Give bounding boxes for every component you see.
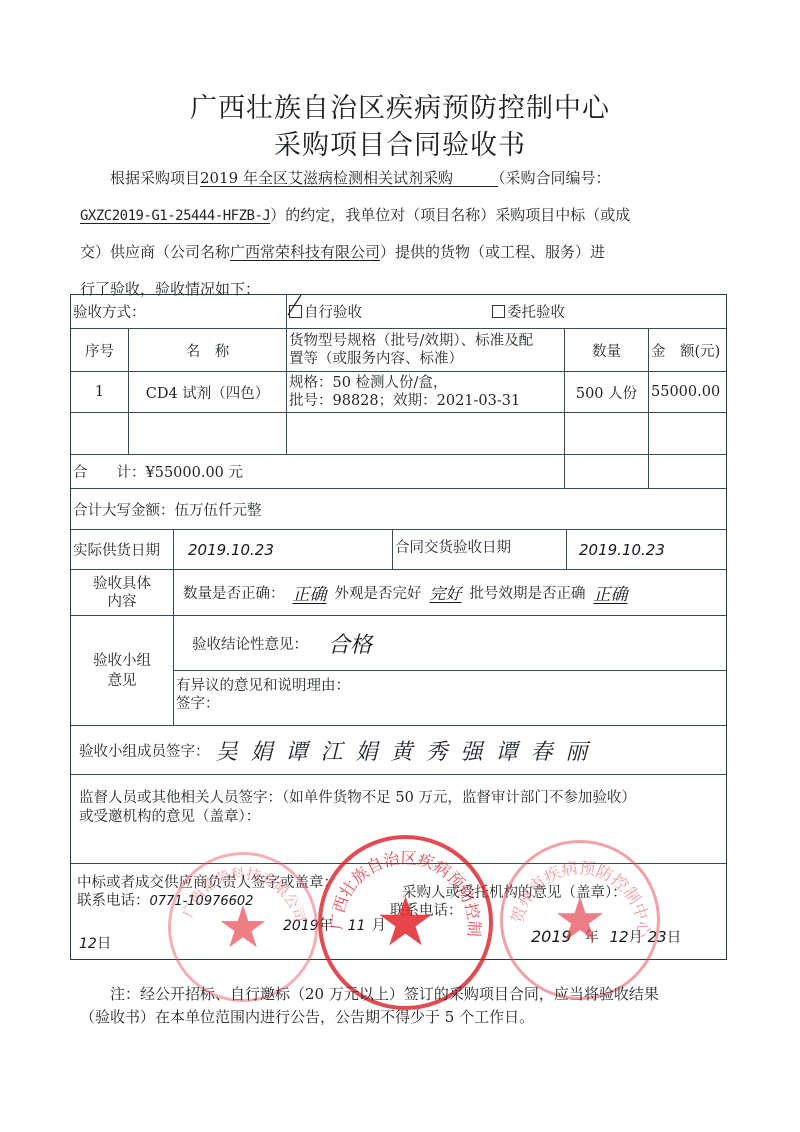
table-row-empty xyxy=(71,413,726,455)
empty-cell xyxy=(129,413,287,454)
total-row: 合 计：¥55000.00 元 xyxy=(71,455,726,489)
conclusion-box: 验收结论性意见： 合格 xyxy=(174,616,726,671)
objection-label: 有异议的意见和说明理由： xyxy=(176,677,724,695)
col-spec-header: 货物型号规格（批号/效期）、标准及配 置等（或服务内容、标准） xyxy=(287,329,565,371)
members-row: 验收小组成员签字： 吴 娟 谭 江 娟 黄 秀 强 谭 春 丽 xyxy=(71,726,726,775)
supplier-name: 广西常荣科技有限公司 xyxy=(230,243,380,261)
supplier-date-ym: 2019年 11月 xyxy=(283,914,386,935)
empty-cell xyxy=(287,413,565,454)
item-spec-l2: 批号：98828；效期：2021-03-31 xyxy=(289,392,520,410)
item-spec: 规格：50 检测人份/盒， 批号：98828；效期：2021-03-31 xyxy=(287,372,565,412)
intro-line-1: 根据采购项目2019 年全区艾滋病检测相关试剂采购 （采购合同编号： xyxy=(80,160,740,197)
empty-cell xyxy=(649,455,726,488)
group-opinion-label: 验收小组 意见 xyxy=(71,616,174,725)
contract-date-value: 2019.10.23 xyxy=(567,530,726,569)
purchaser-phone-label: 联系电话： xyxy=(390,902,627,920)
members-signatures: 吴 娟 谭 江 娟 黄 秀 强 谭 春 丽 xyxy=(216,735,591,766)
empty-box-icon xyxy=(492,305,505,318)
month-char: 月 xyxy=(629,930,644,946)
acceptance-table: 验收方式： 自行验收 委托验收 序号 名 称 货物型号规格（批号/效期）、标准及… xyxy=(70,294,727,960)
method-label: 验收方式： xyxy=(71,295,287,328)
total-upper-value: 伍万伍仟元整 xyxy=(175,499,262,520)
item-amount: 55000.00 xyxy=(649,372,726,412)
supervisor-cell: 监督人员或其他相关人员签字：（如单件货物不足 50 万元，监督审计部门不参加验收… xyxy=(71,775,726,863)
col-name-header: 名 称 xyxy=(129,329,287,371)
supplier-date-d: 12日 xyxy=(79,932,111,953)
details-label-l1: 验收具体 xyxy=(93,575,151,593)
day-char: 日 xyxy=(97,936,112,952)
purchaser-day: 23 xyxy=(648,928,667,946)
qty-check-label: 数量是否正确： xyxy=(183,582,285,603)
self-acceptance-label: 自行验收 xyxy=(304,301,362,322)
year-char: 年 xyxy=(319,918,334,934)
purchaser-year: 2019 xyxy=(531,927,572,946)
total-upper-label: 合计大写金额： xyxy=(73,499,175,520)
empty-cell xyxy=(71,413,129,454)
appearance-label: 外观是否完好 xyxy=(335,582,422,603)
empty-cell xyxy=(649,413,726,454)
batch-label: 批号效期是否正确 xyxy=(470,582,586,603)
details-label-l2: 内容 xyxy=(108,593,137,611)
contract-label: （采购合同编号： xyxy=(498,169,611,187)
supplier-sign-label: 中标或者成交供应商负责人签字或盖章： xyxy=(77,874,338,892)
group-opinion-row: 验收小组 意见 验收结论性意见： 合格 有异议的意见和说明理由： 签字： xyxy=(71,616,726,726)
members-label: 验收小组成员签字： xyxy=(79,740,210,761)
conclusion-value: 合格 xyxy=(328,628,372,659)
footnote-l1: 注：经公开招标、自行邀标（20 万元以上）签订的采购项目合同，应当将验收结果 xyxy=(110,983,750,1006)
footnote: 注：经公开招标、自行邀标（20 万元以上）签订的采购项目合同，应当将验收结果 （… xyxy=(110,983,750,1029)
group-label-l2: 意见 xyxy=(108,671,137,691)
checkbox-entrusted[interactable]: 委托验收 xyxy=(492,301,565,322)
purchaser-month: 12 xyxy=(609,928,628,946)
total-value: ¥55000.00 元 xyxy=(146,461,244,482)
checkbox-self[interactable]: 自行验收 xyxy=(289,301,362,322)
objection-box: 有异议的意见和说明理由： 签字： xyxy=(174,671,726,719)
supervisor-text-l2: 或受邀机构的意见（盖章）： xyxy=(79,808,718,827)
intro-line-2: GXZC2019-G1-25444-HFZB-J）的约定，我单位对（项目名称）采… xyxy=(80,197,740,234)
objection-sign-label: 签字： xyxy=(176,695,724,713)
supplier-phone-label: 联系电话： xyxy=(77,893,150,909)
table-row: 1 CD4 试剂（四色） 规格：50 检测人份/盒， 批号：98828；效期：2… xyxy=(71,372,726,413)
purchaser-label: 采购人或受托机构的意见（盖章）： xyxy=(402,884,627,902)
contract-date-label: 合同交货验收日期 xyxy=(393,530,567,569)
details-content: 数量是否正确： 正确 外观是否完好 完好 批号效期是否正确 正确 xyxy=(174,570,726,615)
footnote-l2: （验收书）在本单位范围内进行公告，公告期不得少于 5 个工作日。 xyxy=(80,1006,750,1029)
dates-row: 实际供货日期 2019.10.23 合同交货验收日期 2019.10.23 xyxy=(71,530,726,570)
supplier-month: 11 xyxy=(348,918,366,934)
checked-box-icon xyxy=(289,305,302,318)
actual-date-value: 2019.10.23 xyxy=(174,530,393,569)
supervisor-row: 监督人员或其他相关人员签字：（如单件货物不足 50 万元，监督审计部门不参加验收… xyxy=(71,775,726,864)
actual-date-label: 实际供货日期 xyxy=(71,530,174,569)
conclusion-label: 验收结论性意见： xyxy=(192,633,308,654)
sign-cell: 中标或者成交供应商负责人签字或盖章： 联系电话：0771-10976602 20… xyxy=(71,864,726,959)
item-name: CD4 试剂（四色） xyxy=(129,372,287,412)
supplier-label: 交）供应商（公司名称 xyxy=(80,243,230,261)
details-label: 验收具体 内容 xyxy=(71,570,174,615)
appearance-value: 完好 xyxy=(422,581,470,604)
purchaser-block: 采购人或受托机构的意见（盖章）： 联系电话： xyxy=(402,884,627,920)
empty-cell xyxy=(565,413,649,454)
col-index-header: 序号 xyxy=(71,329,129,371)
details-row: 验收具体 内容 数量是否正确： 正确 外观是否完好 完好 批号效期是否正确 正确 xyxy=(71,570,726,616)
form-title: 采购项目合同验收书 xyxy=(0,123,800,162)
table-header-row: 序号 名 称 货物型号规格（批号/效期）、标准及配 置等（或服务内容、标准） 数… xyxy=(71,329,726,372)
total-cell: 合 计：¥55000.00 元 xyxy=(71,455,565,488)
group-opinion-content: 验收结论性意见： 合格 有异议的意见和说明理由： 签字： xyxy=(174,616,726,725)
supervisor-text-l1: 监督人员或其他相关人员签字：（如单件货物不足 50 万元，监督审计部门不参加验收… xyxy=(79,789,718,808)
batch-value: 正确 xyxy=(586,580,636,605)
col-qty-header: 数量 xyxy=(565,329,649,371)
year-char: 年 xyxy=(584,930,599,946)
total-label: 合 计： xyxy=(73,461,146,482)
method-row: 验收方式： 自行验收 委托验收 xyxy=(71,295,726,329)
spec-header-l1: 货物型号规格（批号/效期）、标准及配 xyxy=(289,332,533,350)
members-cell: 验收小组成员签字： 吴 娟 谭 江 娟 黄 秀 强 谭 春 丽 xyxy=(71,726,726,774)
purchaser-date: 2019 年 12月 23日 xyxy=(531,926,681,947)
intro-l3-text: ）提供的货物（或工程、服务）进 xyxy=(380,243,605,261)
method-options: 自行验收 委托验收 xyxy=(287,295,726,328)
entrusted-acceptance-label: 委托验收 xyxy=(507,301,565,322)
project-name: 2019 年全区艾滋病检测相关试剂采购 xyxy=(200,169,453,187)
total-upper-cell: 合计大写金额：伍万伍仟元整 xyxy=(71,489,726,529)
underline-pad xyxy=(453,169,498,187)
supplier-day: 12 xyxy=(79,936,97,952)
item-qty: 500 人份 xyxy=(565,372,649,412)
item-index: 1 xyxy=(71,372,129,412)
intro-paragraph: 根据采购项目2019 年全区艾滋病检测相关试剂采购 （采购合同编号： GXZC2… xyxy=(80,160,740,308)
col-amount-header: 金 额(元) xyxy=(649,329,726,371)
day-char: 日 xyxy=(667,930,682,946)
supplier-year: 2019 xyxy=(283,918,319,934)
contract-number: GXZC2019-G1-25444-HFZB-J xyxy=(80,208,270,224)
month-char: 月 xyxy=(372,918,387,934)
supplier-sign-block: 中标或者成交供应商负责人签字或盖章： 联系电话：0771-10976602 xyxy=(77,874,338,911)
total-upper-row: 合计大写金额：伍万伍仟元整 xyxy=(71,489,726,530)
sign-row: 中标或者成交供应商负责人签字或盖章： 联系电话：0771-10976602 20… xyxy=(71,864,726,959)
spec-header-l2: 置等（或服务内容、标准） xyxy=(289,350,463,368)
intro-l2-text: ）的约定，我单位对（项目名称）采购项目中标（或成 xyxy=(270,206,630,224)
empty-cell xyxy=(565,455,649,488)
supplier-phone-value: 0771-10976602 xyxy=(150,894,254,909)
intro-prefix: 根据采购项目 xyxy=(110,169,200,187)
org-title: 广西壮族自治区疾病预防控制中心 xyxy=(0,86,800,125)
intro-line-3: 交）供应商（公司名称广西常荣科技有限公司）提供的货物（或工程、服务）进 xyxy=(80,234,740,271)
qty-check-value: 正确 xyxy=(285,580,335,605)
item-spec-l1: 规格：50 检测人份/盒， xyxy=(289,374,447,392)
group-label-l1: 验收小组 xyxy=(93,651,151,671)
